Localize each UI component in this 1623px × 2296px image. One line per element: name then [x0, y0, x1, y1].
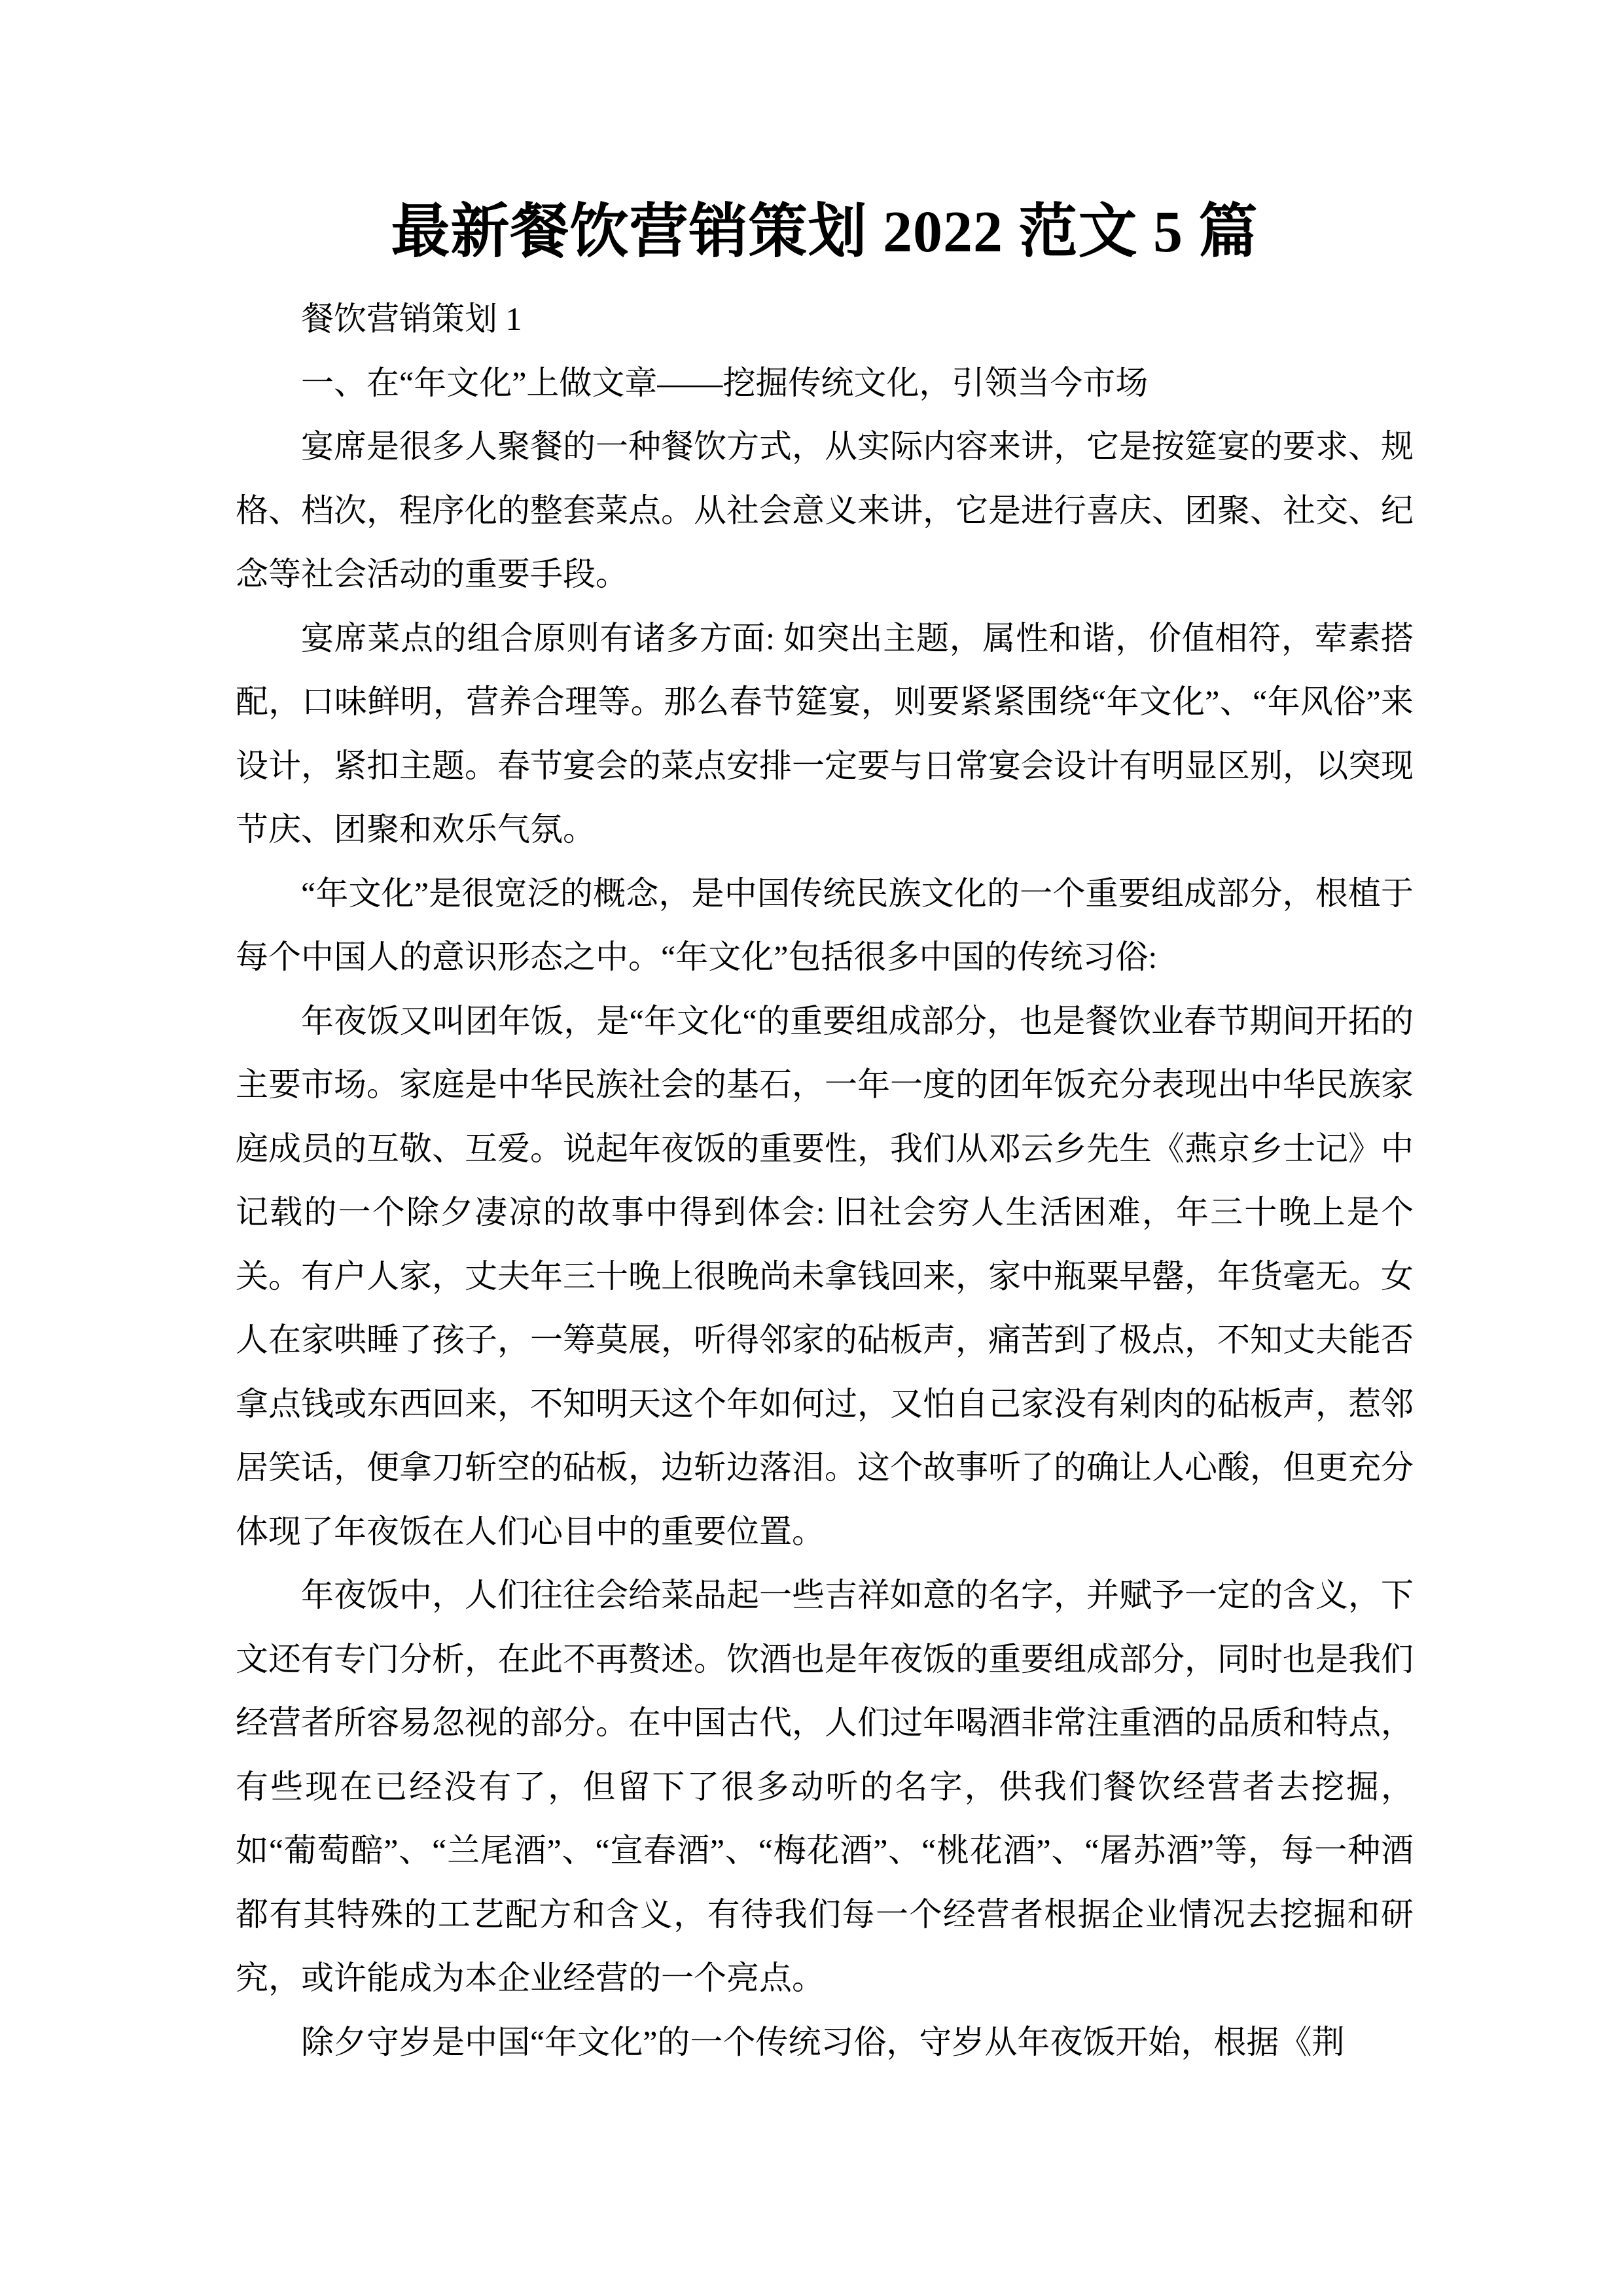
- paragraph-body-menu-principles: 宴席菜点的组合原则有诸多方面: 如突出主题，属性和谐，价值相符，荤素搭配，口味鲜…: [236, 607, 1414, 862]
- paragraph-body-year-culture-concept: “年文化”是很宽泛的概念，是中国传统民族文化的一个重要组成部分，根植于每个中国人…: [236, 862, 1414, 990]
- paragraph-section-heading: 一、在“年文化”上做文章——挖掘传统文化，引领当今市场: [236, 351, 1414, 416]
- paragraph-body-shousui-truncated: 除夕守岁是中国“年文化”的一个传统习俗，守岁从年夜饭开始，根据《荆: [236, 2011, 1414, 2075]
- document-title: 最新餐饮营销策划 2022 范文 5 篇: [236, 187, 1414, 278]
- document-page: 最新餐饮营销策划 2022 范文 5 篇 餐饮营销策划 1 一、在“年文化”上做…: [0, 0, 1623, 2296]
- paragraph-subtitle: 餐饮营销策划 1: [236, 287, 1414, 351]
- paragraph-body-reunion-dinner-story: 年夜饭又叫团年饭，是“年文化“的重要组成部分，也是餐饮业春节期间开拓的主要市场。…: [236, 990, 1414, 1564]
- paragraph-body-dish-names-and-wine: 年夜饭中，人们往往会给菜品起一些吉祥如意的名字，并赋予一定的含义，下文还有专门分…: [236, 1564, 1414, 2011]
- document-content: 最新餐饮营销策划 2022 范文 5 篇 餐饮营销策划 1 一、在“年文化”上做…: [236, 187, 1414, 2074]
- paragraph-body-banquet-intro: 宴席是很多人聚餐的一种餐饮方式，从实际内容来讲，它是按筵宴的要求、规格、档次，程…: [236, 415, 1414, 607]
